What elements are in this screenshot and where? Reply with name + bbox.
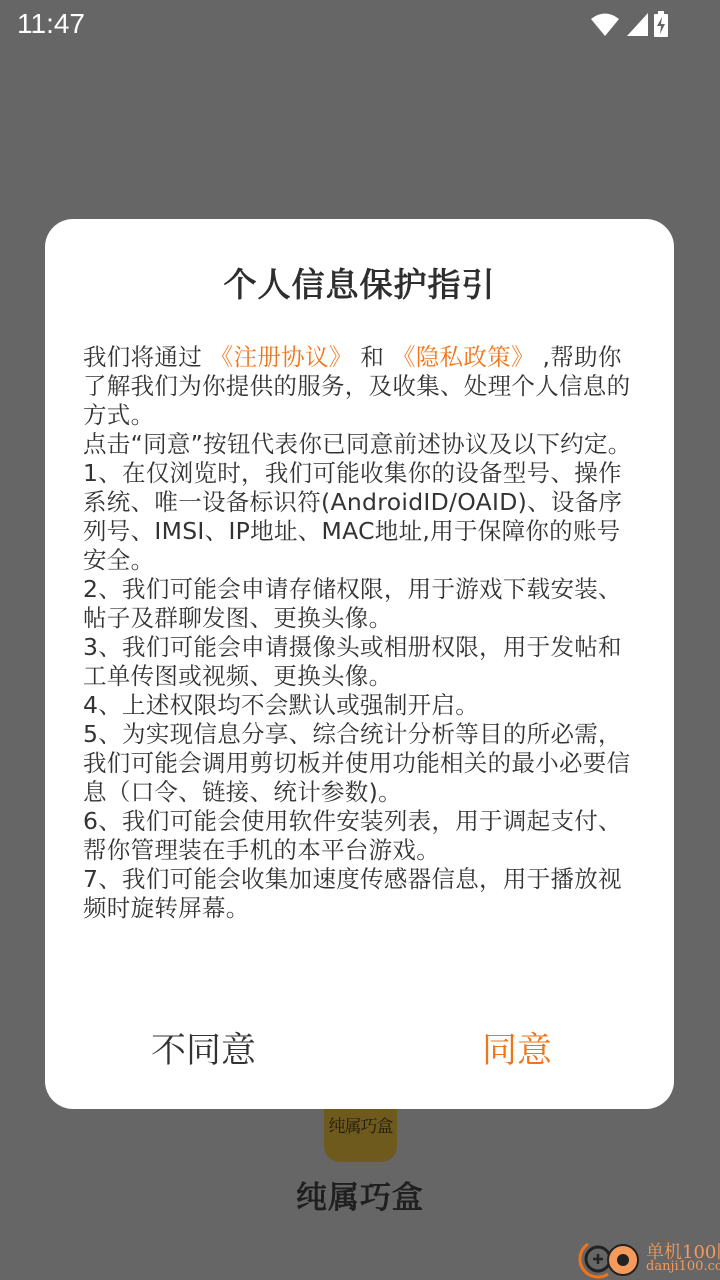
intro-prefix: 我们将通过 [83,343,210,371]
watermark-url: danji100.com [646,1259,720,1274]
wifi-icon [590,12,620,36]
watermark-logo-icon [578,1238,642,1280]
dialog-title: 个人信息保护指引 [45,259,674,306]
policy-item: 5、为实现信息分享、综合统计分析等目的所必需，我们可能会调用剪切板并使用功能相关… [83,720,638,807]
policy-item: 1、在仅浏览时，我们可能收集你的设备型号、操作系统、唯一设备标识符(Androi… [83,459,638,575]
intro-paragraph: 我们将通过 《注册协议》 和 《隐私政策》 ,帮助你了解我们为你提供的服务，及收… [83,343,638,430]
app-name: 纯属巧盒 [0,1172,720,1217]
status-time: 11:47 [17,8,85,40]
status-bar: 11:47 [0,0,720,50]
status-icons [590,10,668,38]
disagree-button[interactable]: 不同意 [151,1027,256,1075]
app-icon-text: 纯属巧盒 [329,1112,393,1137]
privacy-dialog: 个人信息保护指引 我们将通过 《注册协议》 和 《隐私政策》 ,帮助你了解我们为… [45,219,674,1109]
dialog-body: 我们将通过 《注册协议》 和 《隐私政策》 ,帮助你了解我们为你提供的服务，及收… [83,343,638,923]
cellular-signal-icon [626,12,648,36]
agree-button[interactable]: 同意 [482,1027,552,1075]
consent-note: 点击“同意”按钮代表你已同意前述协议及以下约定。 [83,430,638,459]
policy-item: 6、我们可能会使用软件安装列表，用于调起支付、帮你管理装在手机的本平台游戏。 [83,807,638,865]
registration-agreement-link[interactable]: 《注册协议》 [210,343,353,371]
screen: 11:47 纯属巧盒 纯属巧盒 个人信息保护指引 我们将通过 《注册协议》 [0,0,720,1280]
watermark: 单机100网 danji100.com [570,1234,720,1280]
intro-middle: 和 [353,343,392,371]
policy-item: 3、我们可能会申请摄像头或相册权限，用于发帖和工单传图或视频、更换头像。 [83,633,638,691]
policy-item: 4、上述权限均不会默认或强制开启。 [83,691,638,720]
policy-item: 2、我们可能会申请存储权限，用于游戏下载安装、帖子及群聊发图、更换头像。 [83,575,638,633]
policy-item: 7、我们可能会收集加速度传感器信息，用于播放视频时旋转屏幕。 [83,865,638,923]
battery-charging-icon [654,11,668,37]
privacy-policy-link[interactable]: 《隐私政策》 [392,343,535,371]
app-icon: 纯属巧盒 [324,1100,397,1162]
